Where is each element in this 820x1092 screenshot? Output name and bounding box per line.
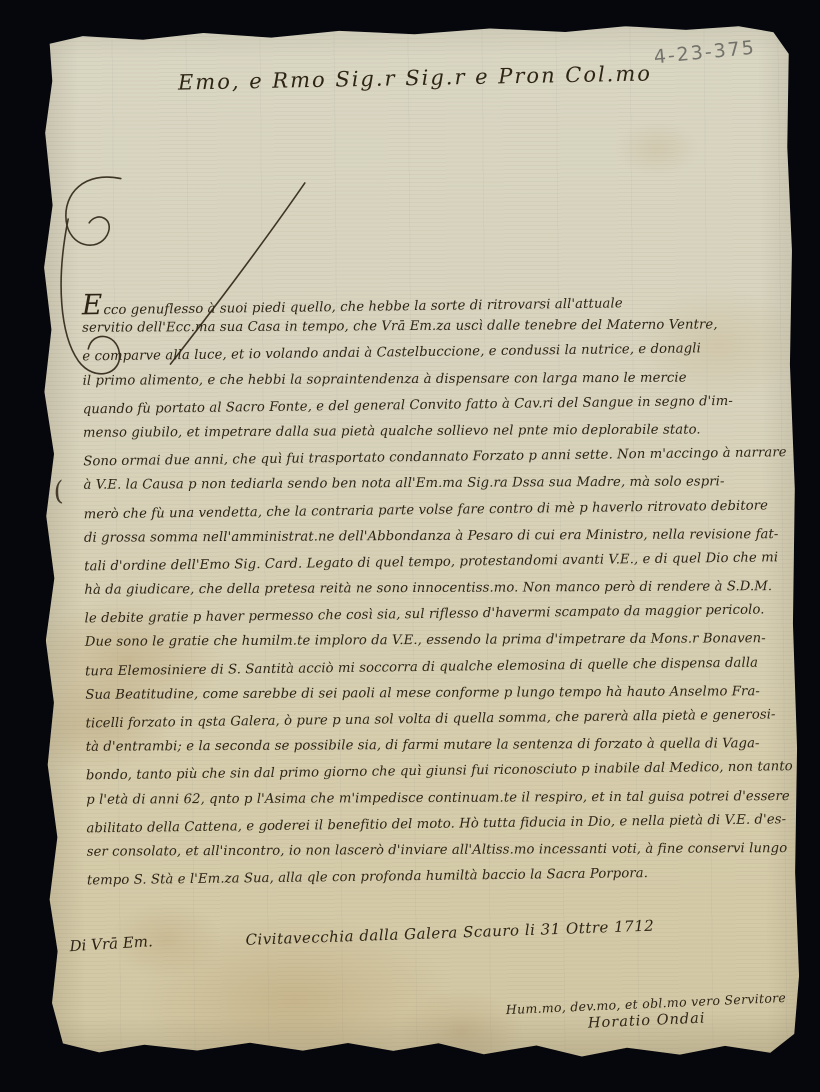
manuscript-letter-sheet: 4-23-375 Emo, e Rmo Sig.r Sig.r e Pron C… — [37, 23, 800, 1066]
letter-salutation: Emo, e Rmo Sig.r Sig.r e Pron Col.mo — [38, 59, 792, 97]
signature-block: Hum.mo, dev.mo, et obl.mo vero Servitore… — [505, 990, 787, 1035]
marginal-flourish: ( — [50, 476, 66, 507]
photograph-black-backdrop: { "catalog_number": "4-23-375", "letter"… — [0, 0, 820, 1092]
letter-dateline: Civitavecchia dalla Galera Scauro li 31 … — [245, 917, 654, 949]
letter-valediction: Di Vrā Em. — [69, 932, 153, 955]
letter-body: Ecco genuflesso à suoi piedi quello, che… — [82, 285, 763, 893]
